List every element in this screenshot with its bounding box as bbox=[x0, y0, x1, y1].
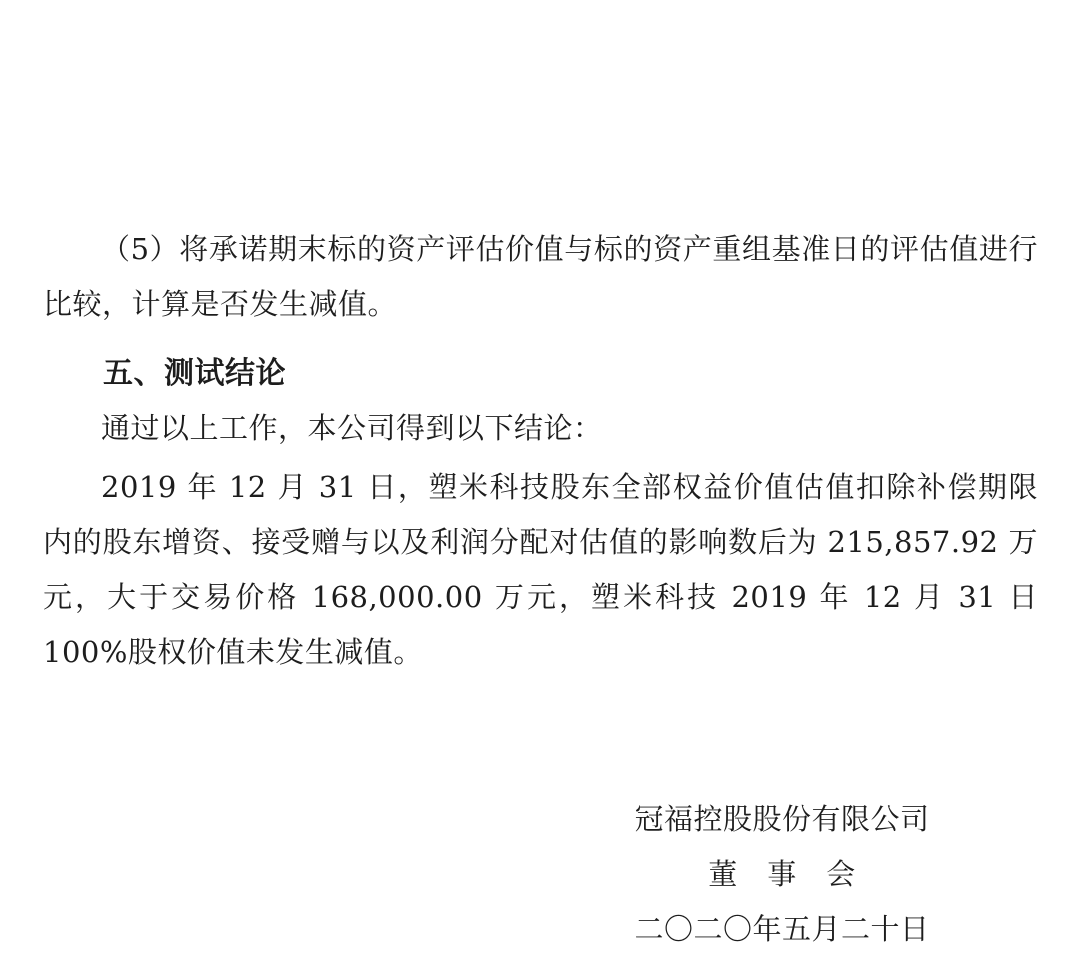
signature-company-name: 冠福控股股份有限公司 bbox=[632, 792, 932, 847]
paragraph-impairment-step5: （5）将承诺期末标的资产评估价值与标的资产重组基准日的评估值进行比较，计算是否发… bbox=[43, 222, 1038, 332]
signature-block: 冠福控股股份有限公司 董 事 会 二〇二〇年五月二十日 bbox=[632, 792, 932, 957]
signature-date: 二〇二〇年五月二十日 bbox=[632, 902, 932, 957]
document-page: （5）将承诺期末标的资产评估价值与标的资产重组基准日的评估值进行比较，计算是否发… bbox=[0, 0, 1080, 957]
signature-board-of-directors: 董 事 会 bbox=[632, 847, 932, 902]
paragraph-intro: 通过以上工作，本公司得到以下结论： bbox=[43, 401, 1038, 456]
section-heading-test-conclusion: 五、测试结论 bbox=[43, 346, 1038, 401]
paragraph-conclusion: 2019 年 12 月 31 日，塑米科技股东全部权益价值估值扣除补偿期限内的股… bbox=[43, 460, 1038, 680]
